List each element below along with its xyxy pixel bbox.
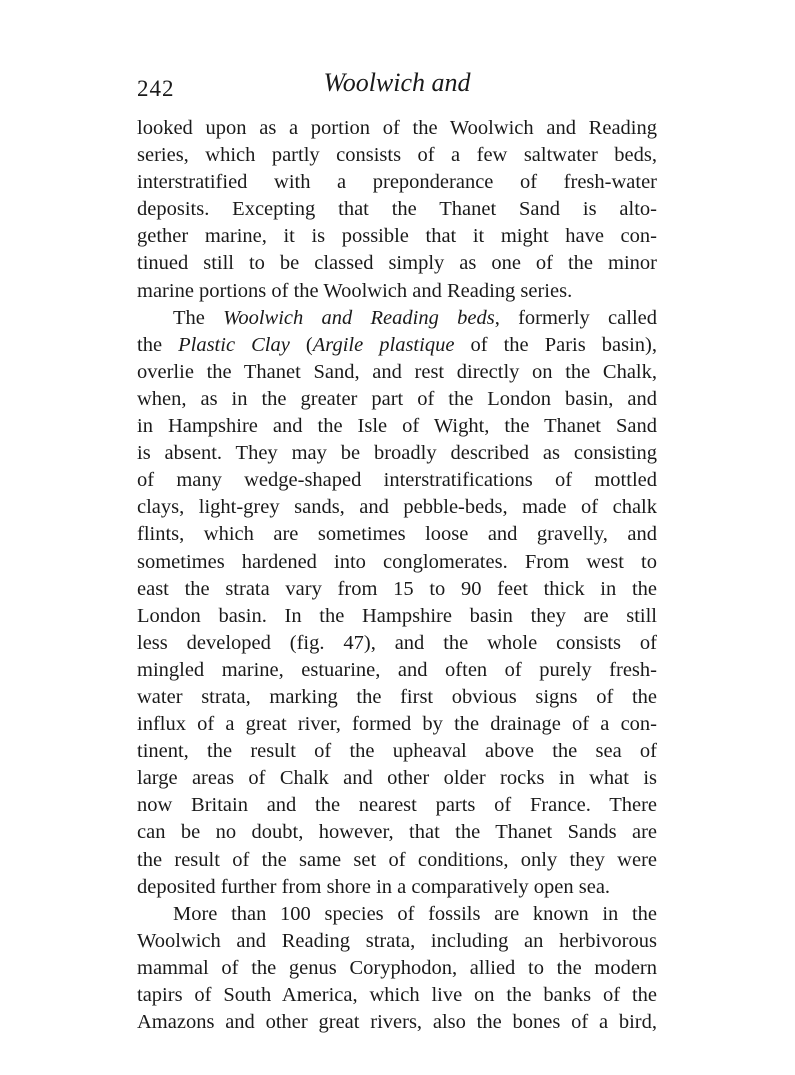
text-line: sometimes hardened into conglomerates. F… [137,549,657,576]
text-line: overlie the Thanet Sand, and rest direct… [137,359,657,386]
text-line: series, which partly consists of a few s… [137,142,657,169]
italic-term: Argile plastique [313,334,455,356]
text-line: The Woolwich and Reading beds, formerly … [137,305,657,332]
text-line: of many wedge-shaped interstratification… [137,467,657,494]
text-line: London basin. In the Hampshire basin the… [137,603,657,630]
text-line: is absent. They may be broadly described… [137,440,657,467]
text-line: mingled marine, estuarine, and often of … [137,657,657,684]
text-line: interstratified with a preponderance of … [137,169,657,196]
text-line: Woolwich and Reading strata, including a… [137,928,657,955]
text-line: the Plastic Clay (Argile plastique of th… [137,332,657,359]
body-text: looked upon as a portion of the Woolwich… [137,115,657,1036]
text-line: tapirs of South America, which live on t… [137,982,657,1009]
text-line: mammal of the genus Coryphodon, allied t… [137,955,657,982]
text-line: looked upon as a portion of the Woolwich… [137,115,657,142]
text-line: clays, light-grey sands, and pebble-beds… [137,494,657,521]
italic-term: Woolwich and Reading beds [223,307,495,329]
text-line: tinent, the result of the upheaval above… [137,738,657,765]
text-line: More than 100 species of fossils are kno… [137,901,657,928]
page-header: 242 Woolwich and [137,68,657,102]
text-line: deposits. Excepting that the Thanet Sand… [137,196,657,223]
book-page: 242 Woolwich and looked upon as a portio… [0,0,795,1075]
text-line: tinued still to be classed simply as one… [137,250,657,277]
text-line: when, as in the greater part of the Lond… [137,386,657,413]
text-line: deposited further from shore in a compar… [137,874,657,901]
text-line: flints, which are sometimes loose and gr… [137,521,657,548]
text-line: in Hampshire and the Isle of Wight, the … [137,413,657,440]
running-head: Woolwich and [137,68,657,98]
text-line: the result of the same set of conditions… [137,847,657,874]
text-line: marine portions of the Woolwich and Read… [137,278,657,305]
text-line: now Britain and the nearest parts of Fra… [137,792,657,819]
text-line: can be no doubt, however, that the Thane… [137,819,657,846]
text-line: east the strata vary from 15 to 90 feet … [137,576,657,603]
text-line: less developed (fig. 47), and the whole … [137,630,657,657]
text-line: gether marine, it is possible that it mi… [137,223,657,250]
italic-term: Plastic Clay [178,334,290,356]
text-line: large areas of Chalk and other older roc… [137,765,657,792]
text-line: water strata, marking the first obvious … [137,684,657,711]
text-line: influx of a great river, formed by the d… [137,711,657,738]
text-line: Amazons and other great rivers, also the… [137,1009,657,1036]
